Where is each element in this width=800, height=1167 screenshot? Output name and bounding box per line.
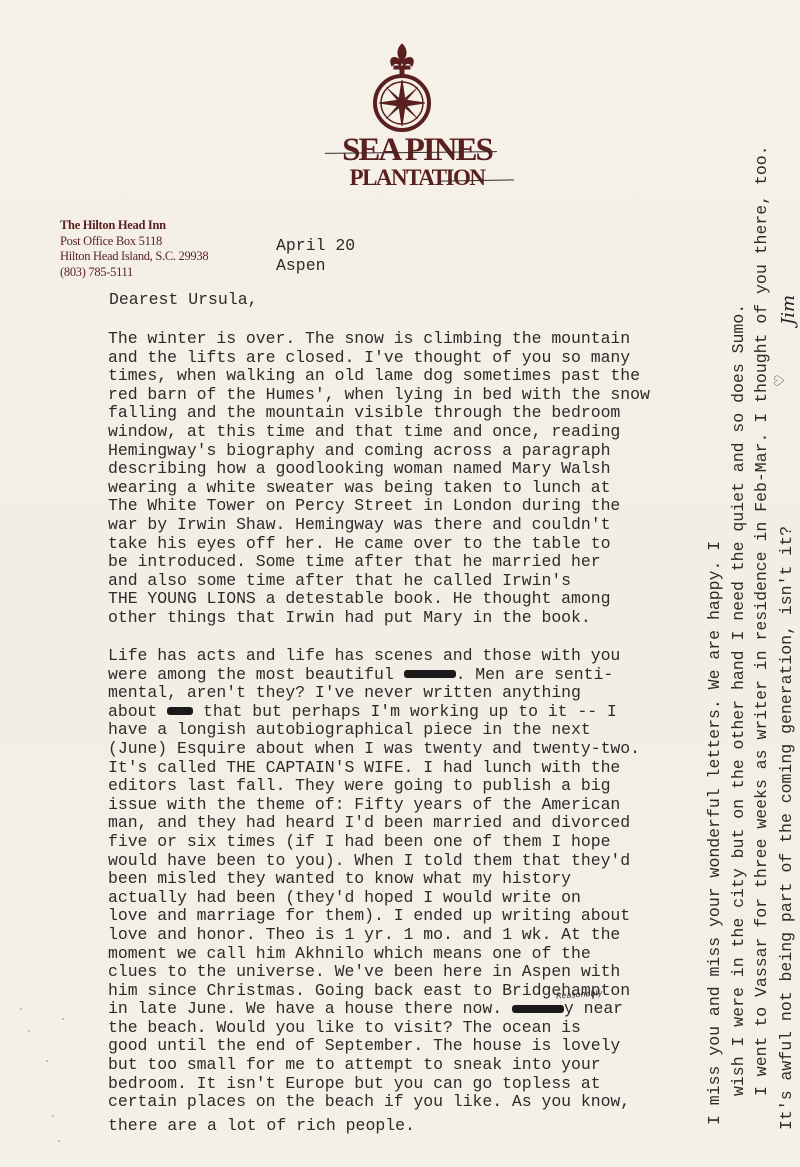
brand-subtitle: PLANTATION <box>332 166 502 189</box>
inn-name: The Hilton Head Inn <box>60 218 208 234</box>
postscript-line-1: I miss you and miss your wonderful lette… <box>705 541 724 1125</box>
fleur-de-lis-compass-rose-icon <box>370 42 434 134</box>
paragraph-2: Life has acts and life has scenes and th… <box>108 647 748 1112</box>
address-line: Post Office Box 5118 <box>60 234 208 250</box>
letterhead-address: The Hilton Head Inn Post Office Box 5118… <box>60 218 208 280</box>
postscript-line-3: I went to Vassar for three weeks as writ… <box>752 145 771 1096</box>
redaction-mark <box>167 707 193 715</box>
address-line: Hilton Head Island, S.C. 29938 <box>60 249 208 265</box>
paragraph-1: The winter is over. The snow is climbing… <box>108 330 748 628</box>
postscript-line-2: wish I were in the city but on the other… <box>729 304 748 1096</box>
postscript-line-4: It's awful not being part of the coming … <box>777 526 796 1130</box>
redaction-mark <box>512 1005 564 1013</box>
heart-icon: ♡ <box>771 375 792 385</box>
letter-place: Aspen <box>276 256 355 276</box>
redaction-mark <box>404 670 456 678</box>
scan-speck <box>28 1030 30 1032</box>
signature: Jim <box>778 295 799 325</box>
letter-date: April 20 <box>276 236 355 256</box>
scan-speck <box>52 1115 54 1117</box>
scan-speck <box>58 1140 60 1142</box>
dateline: April 20 Aspen <box>276 236 355 276</box>
scan-speck <box>20 1008 22 1010</box>
scan-speck <box>46 1060 48 1062</box>
closing-line: there are a lot of rich people. <box>108 1116 415 1135</box>
salutation: Dearest Ursula, <box>109 290 258 309</box>
phone-number: (803) 785-5111 <box>60 265 208 281</box>
letterhead-logo: SEA PINES PLANTATION <box>322 42 522 192</box>
scan-speck <box>62 1018 64 1020</box>
